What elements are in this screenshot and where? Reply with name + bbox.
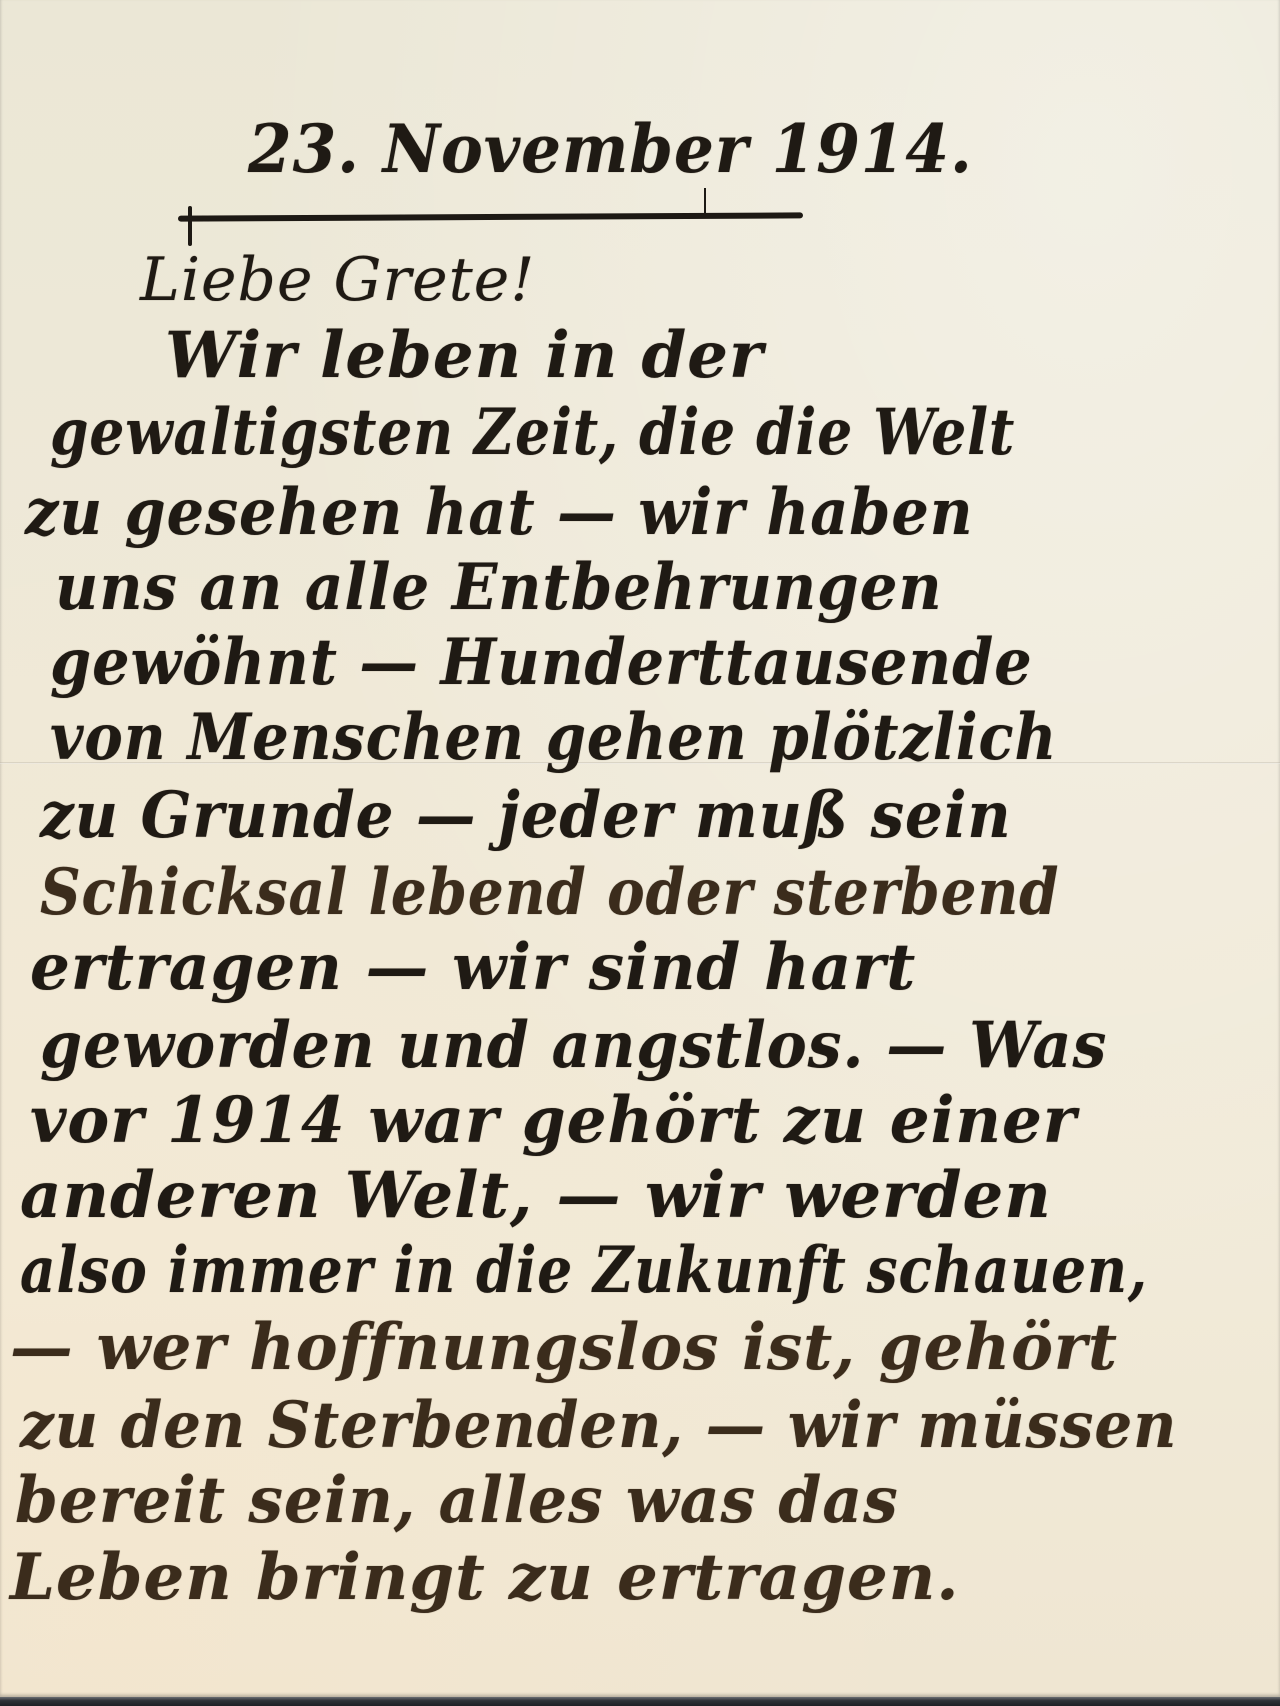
date-underline-tick (704, 188, 706, 216)
letter-line: vor 1914 war gehört zu einer (30, 1083, 1077, 1158)
letter-line: Leben bringt zu ertragen. (10, 1540, 960, 1615)
letter-line: gewaltigsten Zeit, die die Welt (50, 395, 1015, 470)
letter-line: von Menschen gehen plötzlich (50, 700, 1057, 775)
letter-line: also immer in die Zukunft schauen, (20, 1233, 1148, 1308)
letter-line: zu den Sterbenden, — wir müssen (20, 1388, 1177, 1463)
letter-line: bereit sein, alles was das (15, 1463, 899, 1538)
letter-line: uns an alle Entbehrungen (55, 550, 943, 625)
letter-line: zu gesehen hat — wir haben (25, 475, 973, 550)
letter-line: Schicksal lebend oder sterbend (40, 855, 1059, 930)
underline-left-flourish (188, 206, 192, 246)
background-surface-edge (0, 1697, 1280, 1706)
letter-line: — wer hoffnungslos ist, gehört (10, 1310, 1118, 1385)
letter-line: gewöhnt — Hunderttausende (50, 625, 1033, 700)
letter-paper: 23. November 1914. Liebe Grete! Wir lebe… (0, 0, 1280, 1697)
letter-date: 23. November 1914. (248, 110, 973, 188)
letter-line: geworden und angstlos. — Was (40, 1008, 1107, 1083)
letter-line: zu Grunde — jeder muß sein (40, 778, 1012, 853)
letter-line: Wir leben in der (165, 318, 764, 393)
letter-line: ertragen — wir sind hart (30, 930, 916, 1005)
letter-line: anderen Welt, — wir werden (20, 1158, 1052, 1233)
date-underline (178, 212, 803, 221)
letter-salutation: Liebe Grete! (140, 245, 535, 315)
